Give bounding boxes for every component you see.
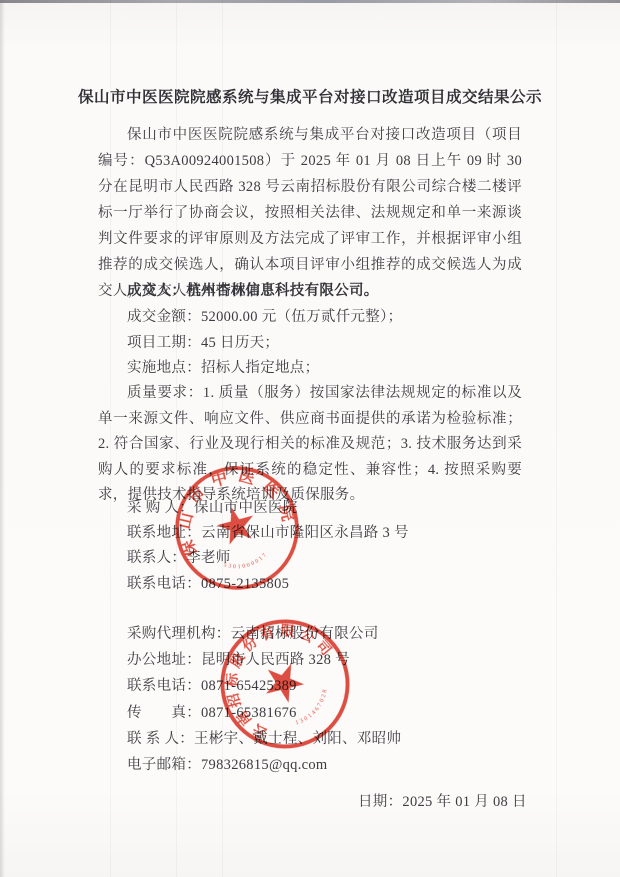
svg-text:1301467028: 1301467028 <box>293 685 335 732</box>
scan-streak <box>556 0 557 877</box>
buyer-seal-code: 5301000017 <box>221 550 271 575</box>
award-facts-block: 成交人：杭州杏林信息科技有限公司。 成交金额：52000.00 元（伍万贰仟元整… <box>98 279 522 382</box>
star-icon <box>255 655 309 709</box>
scan-edge-shadow <box>0 0 5 877</box>
document-title: 保山市中医医院院感系统与集成平台对接口改造项目成交结果公示 <box>60 86 560 110</box>
star-icon <box>213 502 258 546</box>
scan-edge-artifact <box>0 0 620 3</box>
scanned-document-page: 保山市中医医院院感系统与集成平台对接口改造项目成交结果公示 保山市中医医院院感系… <box>0 0 620 877</box>
duration-line: 项目工期：45 日历天； <box>98 331 522 357</box>
intro-paragraph: 保山市中医医院院感系统与集成平台对接口改造项目（项目编号：Q53A0092400… <box>98 122 522 304</box>
svg-text:5301000017: 5301000017 <box>221 550 271 575</box>
location-line: 实施地点：招标人指定地点； <box>98 356 522 382</box>
winner-line: 成交人：杭州杏林信息科技有限公司。 <box>98 279 522 305</box>
agency-seal-code: 1301467028 <box>293 685 335 732</box>
date-line: 日期：2025 年 01 月 08 日 <box>358 790 527 811</box>
amount-line: 成交金额：52000.00 元（伍万贰仟元整）； <box>98 305 522 331</box>
